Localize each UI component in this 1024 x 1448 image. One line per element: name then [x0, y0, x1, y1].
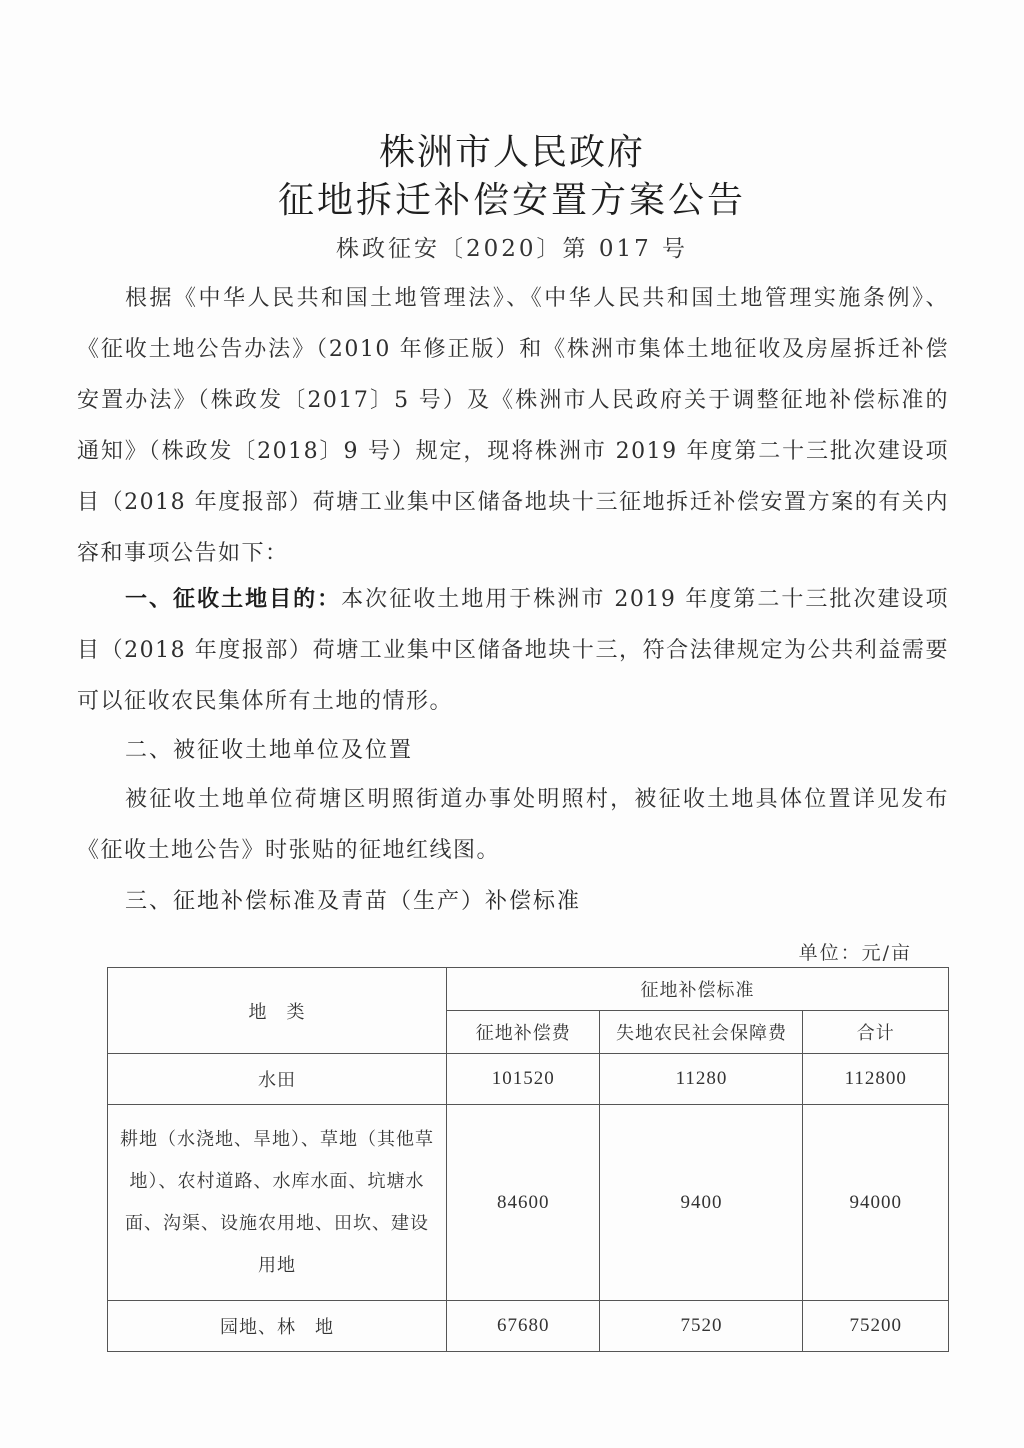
header-total: 合计 [803, 1011, 949, 1054]
header-social-security-fee: 失地农民社会保障费 [600, 1011, 803, 1054]
header-group-compensation-standard: 征地补偿标准 [447, 968, 949, 1011]
header-compensation-fee: 征地补偿费 [447, 1011, 600, 1054]
cell-total: 112800 [803, 1054, 949, 1105]
cell-social-security: 11280 [600, 1054, 803, 1105]
table-row: 耕地（水浇地、旱地）、草地（其他草地）、农村道路、水库水面、坑塘水面、沟渠、设施… [108, 1105, 949, 1301]
header-land-type: 地 类 [108, 968, 447, 1054]
document-title-line1: 株洲市人民政府 [0, 124, 1024, 175]
cell-compensation: 84600 [447, 1105, 600, 1301]
document-title-line2: 征地拆迁补偿安置方案公告 [0, 172, 1024, 223]
table-row: 园地、林 地 67680 7520 75200 [108, 1301, 949, 1352]
section1-paragraph: 一、征收土地目的：本次征收土地用于株洲市 2019 年度第二十三批次建设项目（2… [77, 574, 949, 727]
section1-heading: 一、征收土地目的： [125, 586, 341, 612]
intro-paragraph: 根据《中华人民共和国土地管理法》、《中华人民共和国土地管理实施条例》、《征收土地… [77, 273, 949, 579]
table-row: 水田 101520 11280 112800 [108, 1054, 949, 1105]
cell-social-security: 9400 [600, 1105, 803, 1301]
cell-land-type: 水田 [108, 1054, 447, 1105]
cell-social-security: 7520 [600, 1301, 803, 1352]
unit-label: 单位：元/亩 [799, 938, 912, 965]
cell-total: 75200 [803, 1301, 949, 1352]
cell-total: 94000 [803, 1105, 949, 1301]
section3-heading: 三、征地补偿标准及青苗（生产）补偿标准 [125, 884, 581, 915]
cell-land-type: 园地、林 地 [108, 1301, 447, 1352]
cell-compensation: 67680 [447, 1301, 600, 1352]
cell-land-type: 耕地（水浇地、旱地）、草地（其他草地）、农村道路、水库水面、坑塘水面、沟渠、设施… [108, 1105, 447, 1301]
section2-heading: 二、被征收土地单位及位置 [125, 733, 413, 764]
compensation-standard-table: 地 类 征地补偿标准 征地补偿费 失地农民社会保障费 合计 水田 101520 … [107, 967, 949, 1352]
cell-compensation: 101520 [447, 1054, 600, 1105]
document-number: 株政征安〔2020〕第 017 号 [0, 230, 1024, 263]
section2-body: 被征收土地单位荷塘区明照街道办事处明照村，被征收土地具体位置详见发布《征收土地公… [77, 774, 949, 876]
